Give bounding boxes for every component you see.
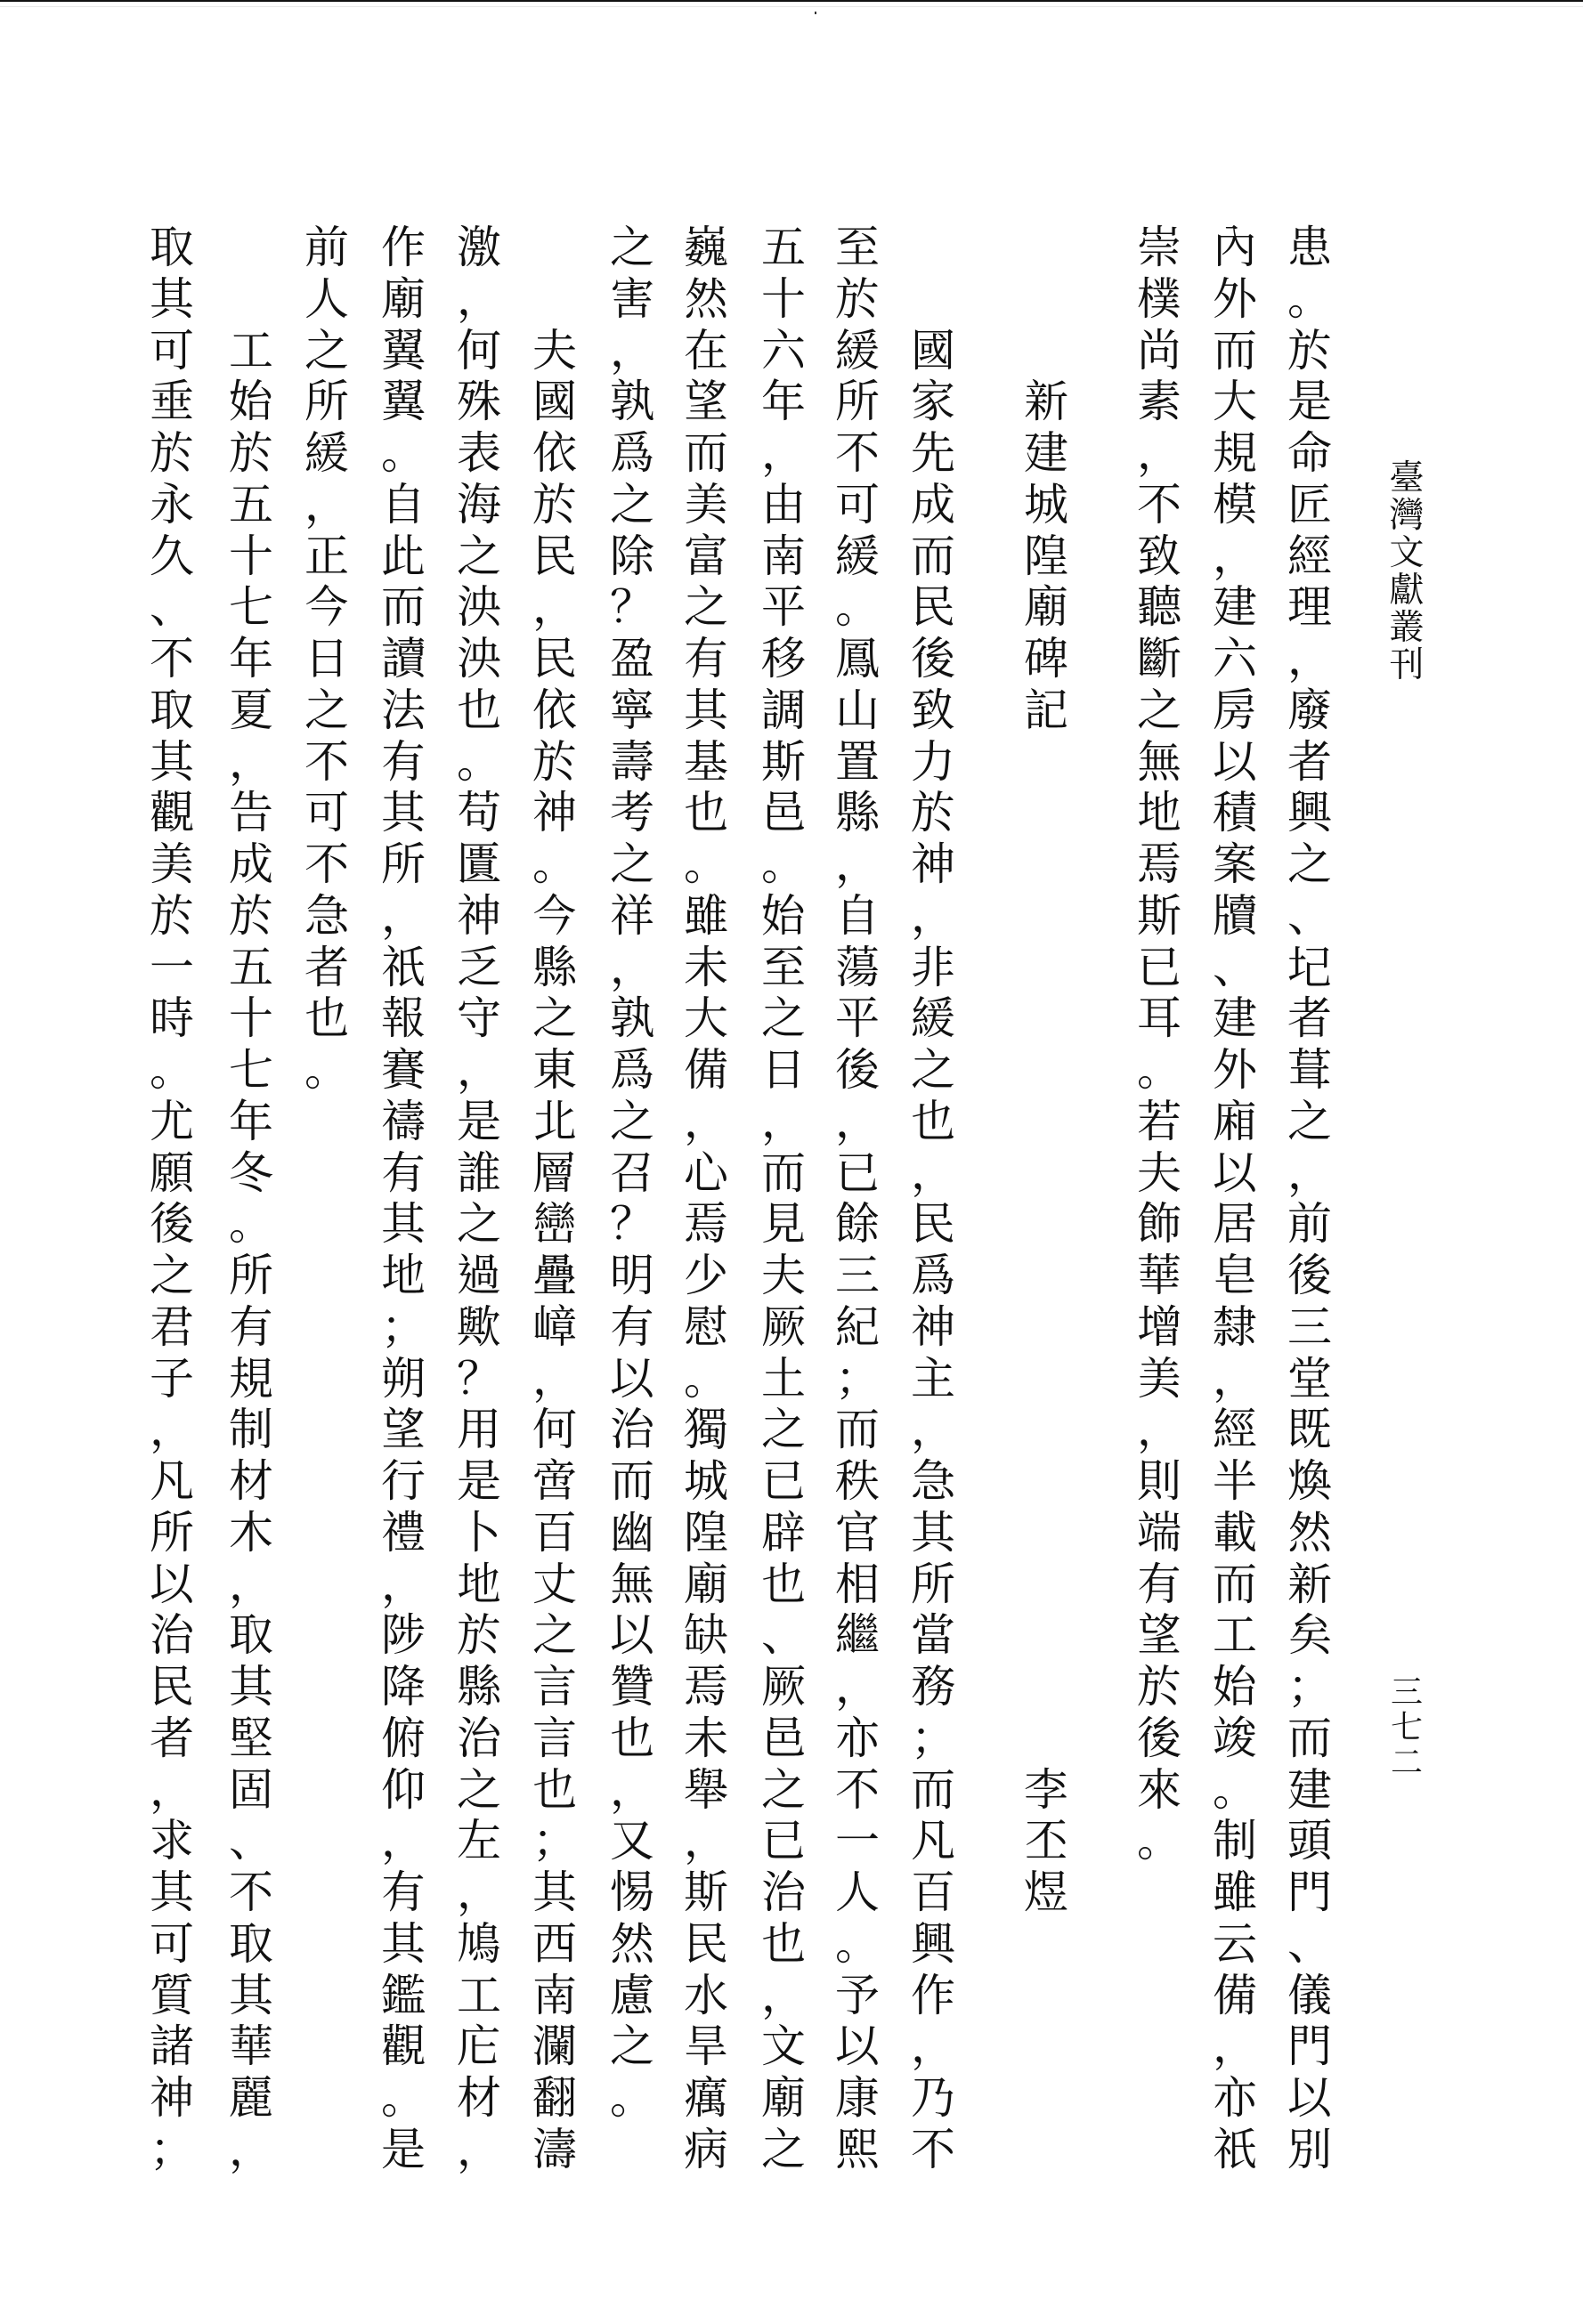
glyph: ？	[453, 1354, 505, 1405]
glyph: ，	[301, 480, 353, 531]
glyph: 矣	[1284, 1610, 1335, 1662]
glyph: 隸	[1209, 1302, 1261, 1354]
glyph: 熙	[832, 2125, 883, 2176]
glyph: 行	[377, 1456, 429, 1508]
glyph: 聽	[1133, 582, 1185, 634]
glyph: ，	[529, 582, 580, 634]
glyph: 於	[225, 891, 277, 943]
glyph: 於	[529, 480, 580, 531]
glyph: 置	[832, 737, 883, 789]
glyph: 之	[453, 531, 505, 583]
glyph: 尚	[1133, 326, 1185, 377]
glyph: 已	[832, 1148, 883, 1200]
glyph: 調	[758, 685, 809, 737]
glyph: ，	[377, 1816, 429, 1867]
text-column: 患。於是命匠經理，廢者興之、圮者葺之，前後三堂既煥然新矣；而建頭門、儀門以別	[1284, 223, 1335, 2176]
glyph: 泱	[453, 582, 505, 634]
glyph: 不	[301, 737, 353, 789]
glyph: 刊	[1387, 647, 1426, 684]
glyph: ，	[680, 1816, 732, 1867]
glyph: 何	[453, 326, 505, 377]
glyph: 正	[301, 531, 353, 583]
glyph: 民	[529, 634, 580, 685]
glyph: 之	[301, 685, 353, 737]
glyph: 於	[529, 737, 580, 789]
glyph: 廟	[1020, 582, 1072, 634]
glyph: 城	[1020, 480, 1072, 531]
text-column: 夫國依於民，民依於神。今縣之東北層巒疊嶂，何啻百丈之言言也；其西南瀾翻濤	[529, 326, 580, 2176]
glyph: 。	[680, 1354, 732, 1405]
glyph: 緩	[832, 326, 883, 377]
glyph: 願	[146, 1148, 198, 1200]
glyph: 城	[680, 1456, 732, 1508]
glyph: 縣	[529, 943, 580, 994]
glyph: 望	[680, 377, 732, 428]
glyph: 斯	[1133, 891, 1185, 943]
glyph: ；	[1284, 1662, 1335, 1713]
glyph: 。	[377, 2073, 429, 2125]
glyph: 工	[225, 326, 277, 377]
glyph: 隍	[1020, 531, 1072, 583]
glyph: 孰	[606, 993, 658, 1045]
glyph: 可	[832, 480, 883, 531]
glyph: 七	[225, 1045, 277, 1097]
glyph: 北	[529, 1097, 580, 1148]
glyph: 有	[377, 737, 429, 789]
glyph: 國	[529, 377, 580, 428]
glyph: 、	[1284, 1919, 1335, 1971]
glyph: 殊	[453, 377, 505, 428]
glyph: 積	[1209, 788, 1261, 839]
glyph: 仰	[377, 1765, 429, 1817]
glyph: ；	[377, 1302, 429, 1354]
glyph: 十	[225, 531, 277, 583]
glyph: ，	[1209, 1354, 1261, 1405]
glyph: 其	[377, 1199, 429, 1251]
text-column: 崇樸尚素，不致聽斷之無地焉斯已耳。若夫飾華增美，則端有望於後來。	[1133, 223, 1185, 1867]
glyph: 乃	[907, 2073, 959, 2125]
glyph: 命	[1284, 428, 1335, 480]
glyph: 有	[225, 1302, 277, 1354]
glyph: 辟	[758, 1508, 809, 1559]
glyph: 之	[453, 1199, 505, 1251]
glyph: 患	[1284, 223, 1335, 274]
glyph: 有	[377, 1148, 429, 1200]
glyph: 南	[758, 531, 809, 583]
glyph: ，	[529, 1354, 580, 1405]
glyph: 急	[301, 891, 353, 943]
glyph: 頭	[1284, 1816, 1335, 1867]
glyph: 心	[680, 1148, 732, 1200]
glyph: 而	[1284, 1713, 1335, 1765]
glyph: 西	[529, 1919, 580, 1971]
glyph: 二	[1387, 1745, 1426, 1780]
glyph: 房	[1209, 685, 1261, 737]
glyph: 餘	[832, 1199, 883, 1251]
glyph: 陟	[377, 1610, 429, 1662]
glyph: 之	[1284, 1097, 1335, 1148]
glyph: 既	[1284, 1405, 1335, 1456]
glyph: 盈	[606, 634, 658, 685]
glyph: ，	[1133, 1405, 1185, 1456]
page-top-border	[0, 0, 1583, 2]
glyph: ，	[453, 2125, 505, 2176]
glyph: 之	[758, 1405, 809, 1456]
page-number: 三七二	[1387, 1675, 1426, 1780]
glyph: 隍	[680, 1508, 732, 1559]
glyph: 日	[301, 634, 353, 685]
glyph: 匠	[1284, 480, 1335, 531]
text-column: 作廟翼翼。自此而讀法有其所，祇報賽禱有其地；朔望行禮，陟降俯仰，有其鑑觀。是	[377, 223, 429, 2176]
glyph: 卜	[453, 1508, 505, 1559]
glyph: 所	[832, 377, 883, 428]
glyph: 緩	[832, 531, 883, 583]
glyph: 幽	[606, 1508, 658, 1559]
glyph: 害	[606, 274, 658, 326]
glyph: 之	[758, 2125, 809, 2176]
glyph: 備	[1209, 1971, 1261, 2022]
glyph: 三	[1284, 1302, 1335, 1354]
glyph: 康	[832, 2073, 883, 2125]
glyph: 夫	[1133, 1148, 1185, 1200]
glyph: ，	[225, 2125, 277, 2176]
glyph: 獨	[680, 1405, 732, 1456]
glyph: 取	[146, 223, 198, 274]
glyph: 激	[453, 223, 505, 274]
glyph: 贊	[606, 1662, 658, 1713]
glyph: 所	[907, 1559, 959, 1611]
glyph: 召	[606, 1148, 658, 1200]
glyph: 降	[377, 1662, 429, 1713]
glyph: 煜	[1020, 1867, 1072, 1919]
glyph: 朔	[377, 1354, 429, 1405]
glyph: 之	[529, 993, 580, 1045]
glyph: 之	[1284, 839, 1335, 891]
glyph: 始	[758, 891, 809, 943]
glyph: ，	[377, 1559, 429, 1611]
glyph: 爲	[606, 428, 658, 480]
glyph: 作	[377, 223, 429, 274]
glyph: 依	[529, 685, 580, 737]
glyph: 少	[680, 1251, 732, 1302]
glyph: 夫	[758, 1251, 809, 1302]
glyph: 自	[377, 480, 429, 531]
text-column: 工始於五十七年夏，告成於五十七年冬。所有規制材木，取其堅固、不取其華麗，	[225, 326, 277, 2176]
glyph: 以	[1209, 1148, 1261, 1200]
glyph: 素	[1133, 377, 1185, 428]
glyph: 建	[1209, 993, 1261, 1045]
glyph: 俯	[377, 1713, 429, 1765]
glyph: 之	[1133, 685, 1185, 737]
glyph: 有	[1133, 1559, 1185, 1611]
glyph: 大	[680, 993, 732, 1045]
glyph: 至	[832, 223, 883, 274]
glyph: 之	[606, 480, 658, 531]
glyph: 所	[225, 1251, 277, 1302]
glyph: 煥	[1284, 1456, 1335, 1508]
glyph: ，	[832, 1662, 883, 1713]
glyph: 來	[1133, 1765, 1185, 1817]
glyph: 增	[1133, 1302, 1185, 1354]
glyph: 地	[453, 1559, 505, 1611]
glyph: 居	[1209, 1199, 1261, 1251]
glyph: 讀	[377, 634, 429, 685]
scan-edge-line	[0, 6, 1583, 7]
glyph: 其	[225, 1662, 277, 1713]
glyph: 十	[758, 274, 809, 326]
glyph: 翼	[377, 377, 429, 428]
glyph: 六	[758, 326, 809, 377]
glyph: 焉	[680, 1662, 732, 1713]
glyph: 東	[529, 1045, 580, 1097]
glyph: 今	[529, 891, 580, 943]
glyph: 歟	[453, 1302, 505, 1354]
glyph: ，	[146, 1405, 198, 1456]
glyph: 是	[453, 1456, 505, 1508]
glyph: 明	[606, 1251, 658, 1302]
glyph: 一	[832, 1816, 883, 1867]
glyph: 。	[1133, 1045, 1185, 1097]
glyph: 麗	[225, 2073, 277, 2125]
glyph: 望	[1133, 1610, 1185, 1662]
glyph: 亦	[1209, 2073, 1261, 2125]
glyph: 三	[832, 1251, 883, 1302]
glyph: 碑	[1020, 634, 1072, 685]
glyph: 諸	[146, 2021, 198, 2073]
glyph: 廂	[1209, 1097, 1261, 1148]
glyph: 樸	[1133, 274, 1185, 326]
glyph: 濤	[529, 2125, 580, 2176]
glyph: 治	[146, 1610, 198, 1662]
glyph: 鳳	[832, 634, 883, 685]
glyph: 、	[1284, 891, 1335, 943]
glyph: 質	[146, 1971, 198, 2022]
text-column: 之害，孰爲之除？盈寧壽考之祥，孰爲之召？明有以治而幽無以贊也，又惕然慮之。	[606, 223, 658, 2125]
glyph: 案	[1209, 839, 1261, 891]
glyph: 工	[453, 1971, 505, 2022]
glyph: 又	[606, 1816, 658, 1867]
glyph: 者	[1284, 737, 1335, 789]
scan-speck	[815, 12, 816, 14]
glyph: 廟	[377, 274, 429, 326]
glyph: 匱	[453, 839, 505, 891]
glyph: 秩	[832, 1456, 883, 1508]
glyph: 木	[225, 1508, 277, 1559]
glyph: 牘	[1209, 891, 1261, 943]
glyph: 備	[680, 1045, 732, 1097]
glyph: 丕	[1020, 1816, 1072, 1867]
glyph: 年	[758, 377, 809, 428]
glyph: 竣	[1209, 1713, 1261, 1765]
glyph: 丈	[529, 1559, 580, 1611]
glyph: 華	[225, 2021, 277, 2073]
glyph: 神	[907, 839, 959, 891]
glyph: 而	[907, 1765, 959, 1817]
text-column: 取其可垂於永久、不取其觀美於一時。尤願後之君子，凡所以治民者，求其可質諸神；	[146, 223, 198, 2176]
glyph: 未	[680, 943, 732, 994]
glyph: 治	[758, 1867, 809, 1919]
glyph: ，	[758, 1971, 809, 2022]
glyph: 耳	[1133, 993, 1185, 1045]
glyph: 前	[301, 223, 353, 274]
glyph: 規	[225, 1354, 277, 1405]
glyph: 制	[225, 1405, 277, 1456]
glyph: 平	[758, 582, 809, 634]
glyph: 此	[377, 531, 429, 583]
glyph: 爲	[606, 1045, 658, 1097]
glyph: ，	[907, 891, 959, 943]
glyph: 已	[758, 1456, 809, 1508]
glyph: 。	[453, 737, 505, 789]
glyph: 建	[1020, 428, 1072, 480]
glyph: 致	[1133, 531, 1185, 583]
glyph: 言	[529, 1662, 580, 1713]
glyph: 而	[377, 582, 429, 634]
glyph: 基	[680, 737, 732, 789]
glyph: 法	[377, 685, 429, 737]
glyph: 之	[680, 582, 732, 634]
glyph: 人	[301, 274, 353, 326]
glyph: 壽	[606, 737, 658, 789]
glyph: 觀	[377, 2021, 429, 2073]
glyph: ，	[453, 274, 505, 326]
glyph: 後	[146, 1199, 198, 1251]
glyph: 百	[529, 1508, 580, 1559]
glyph: 厥	[758, 1302, 809, 1354]
glyph: 孰	[606, 377, 658, 428]
glyph: 之	[758, 993, 809, 1045]
glyph: 力	[907, 737, 959, 789]
glyph: 由	[758, 480, 809, 531]
glyph: 望	[377, 1405, 429, 1456]
glyph: 官	[832, 1508, 883, 1559]
article-title: 新建城隍廟碑記	[1020, 377, 1072, 736]
text-column: 激，何殊表海之泱泱也。苟匱神乏守，是誰之過歟？用是卜地於縣治之左，鳩工庀材，	[453, 223, 505, 2176]
glyph: ，	[377, 891, 429, 943]
glyph: 永	[146, 480, 198, 531]
glyph: 泱	[453, 634, 505, 685]
glyph: ，	[1284, 634, 1335, 685]
glyph: 百	[907, 1867, 959, 1919]
glyph: 十	[225, 993, 277, 1045]
glyph: 大	[1209, 377, 1261, 428]
glyph: ，	[832, 839, 883, 891]
glyph: ；	[529, 1816, 580, 1867]
glyph: 堅	[225, 1713, 277, 1765]
glyph: 所	[377, 839, 429, 891]
glyph: 興	[907, 1919, 959, 1971]
glyph: 日	[758, 1045, 809, 1097]
glyph: 端	[1133, 1508, 1185, 1559]
glyph: 土	[758, 1354, 809, 1405]
glyph: 於	[225, 428, 277, 480]
glyph: 不	[146, 634, 198, 685]
glyph: 可	[146, 326, 198, 377]
glyph: 取	[225, 1919, 277, 1971]
glyph: ，	[832, 1097, 883, 1148]
glyph: ，	[680, 1097, 732, 1148]
glyph: 然	[1284, 1508, 1335, 1559]
glyph: 則	[1133, 1456, 1185, 1508]
glyph: 之	[606, 839, 658, 891]
glyph: 致	[907, 685, 959, 737]
glyph: 於	[832, 274, 883, 326]
glyph: 守	[453, 993, 505, 1045]
glyph: 不	[301, 839, 353, 891]
glyph: ，	[453, 1045, 505, 1097]
glyph: 之	[606, 223, 658, 274]
glyph: 地	[1133, 788, 1185, 839]
glyph: ；	[832, 1354, 883, 1405]
glyph: 告	[225, 788, 277, 839]
glyph: 經	[1284, 531, 1335, 583]
series-title: 臺灣文獻叢刊	[1387, 460, 1426, 684]
glyph: 。	[832, 1919, 883, 1971]
glyph: 縣	[453, 1662, 505, 1713]
glyph: 。	[606, 2073, 658, 2125]
text-column: 五十六年，由南平移調斯邑。始至之日，而見夫厥土之已辟也、厥邑之已治也，文廟之	[758, 223, 809, 2176]
glyph: 病	[680, 2125, 732, 2176]
glyph: 禱	[377, 1097, 429, 1148]
glyph: 鳩	[453, 1919, 505, 1971]
glyph: 治	[606, 1405, 658, 1456]
glyph: 。	[1133, 1816, 1185, 1867]
glyph: 翻	[529, 2073, 580, 2125]
glyph: 廟	[758, 2073, 809, 2125]
glyph: 理	[1284, 582, 1335, 634]
glyph: 臺	[1387, 460, 1426, 498]
glyph: 不	[1133, 480, 1185, 531]
glyph: 邑	[758, 788, 809, 839]
glyph: 斷	[1133, 634, 1185, 685]
glyph: 可	[301, 788, 353, 839]
glyph: 是	[453, 1097, 505, 1148]
glyph: 制	[1209, 1816, 1261, 1867]
glyph: 求	[146, 1816, 198, 1867]
glyph: 之	[606, 2021, 658, 2073]
glyph: 地	[377, 1251, 429, 1302]
glyph: 紀	[832, 1302, 883, 1354]
glyph: 內	[1209, 223, 1261, 274]
glyph: 神	[907, 1302, 959, 1354]
glyph: 無	[606, 1559, 658, 1611]
glyph: 有	[606, 1302, 658, 1354]
glyph: 海	[453, 480, 505, 531]
glyph: ？	[606, 582, 658, 634]
glyph: 子	[146, 1354, 198, 1405]
glyph: 之	[453, 1765, 505, 1817]
glyph: 凡	[907, 1816, 959, 1867]
glyph: 緩	[301, 428, 353, 480]
glyph: 年	[225, 634, 277, 685]
glyph: ，	[1284, 1148, 1335, 1200]
glyph: 山	[832, 685, 883, 737]
glyph: 祥	[606, 891, 658, 943]
glyph: 用	[453, 1405, 505, 1456]
glyph: 南	[529, 1971, 580, 2022]
glyph: ，	[907, 1148, 959, 1200]
glyph: 其	[377, 1919, 429, 1971]
glyph: 賽	[377, 1045, 429, 1097]
glyph: 取	[225, 1610, 277, 1662]
text-column: 國家先成而民後致力於神，非緩之也，民爲神主，急其所當務；而凡百興作，乃不	[907, 326, 959, 2176]
glyph: 、	[758, 1610, 809, 1662]
glyph: 庀	[453, 2021, 505, 2073]
glyph: 叢	[1387, 610, 1426, 647]
glyph: 瀾	[529, 2021, 580, 2073]
glyph: 國	[907, 326, 959, 377]
glyph: 新	[1020, 377, 1072, 428]
